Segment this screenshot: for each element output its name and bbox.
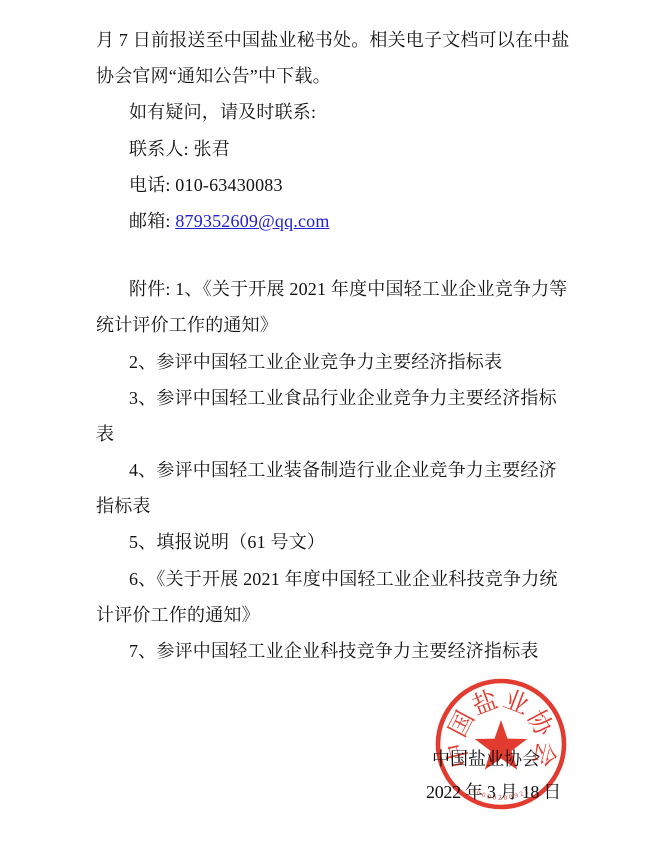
attachment-line: 3、参评中国轻工业食品行业企业竞争力主要经济指标 <box>96 380 661 416</box>
contact-phone-line: 电话: 010-63430083 <box>96 167 661 203</box>
text-line: 月 7 日前报送至中国盐业秘书处。相关电子文档可以在中盐 <box>96 22 661 58</box>
attachment-line: 指标表 <box>96 488 661 524</box>
attachment-line: 2、参评中国轻工业企业竞争力主要经济指标表 <box>96 344 661 380</box>
document-page: 月 7 日前报送至中国盐业秘书处。相关电子文档可以在中盐 协会官网“通知公告”中… <box>0 0 661 853</box>
text-line: 协会官网“通知公告”中下载。 <box>96 58 661 94</box>
body-text: 月 7 日前报送至中国盐业秘书处。相关电子文档可以在中盐 协会官网“通知公告”中… <box>96 22 661 669</box>
attachment-line: 统计评价工作的通知》 <box>96 307 661 343</box>
attachment-line: 表 <box>96 416 661 452</box>
email-label: 邮箱: <box>129 211 175 231</box>
contact-name-line: 联系人: 张君 <box>96 131 661 167</box>
text-line: 如有疑问，请及时联系: <box>96 94 661 130</box>
signature-date: 2022 年 3 月 18 日 <box>426 778 561 804</box>
email-link[interactable]: 879352609@qq.com <box>175 211 329 231</box>
attachment-line: 6、《关于开展 2021 年度中国轻工业企业科技竞争力统 <box>96 561 661 597</box>
blank-gap <box>96 239 661 271</box>
email-line: 邮箱: 879352609@qq.com <box>96 203 661 239</box>
attachment-line: 4、参评中国轻工业装备制造行业企业竞争力主要经济 <box>96 452 661 488</box>
signature-organization: 中国盐业协会 <box>432 745 540 771</box>
attachment-line: 附件: 1、《关于开展 2021 年度中国轻工业企业竞争力等 <box>96 271 661 307</box>
attachment-line: 计评价工作的通知》 <box>96 597 661 633</box>
attachment-line: 7、参评中国轻工业企业科技竞争力主要经济指标表 <box>96 633 661 669</box>
attachment-line: 5、填报说明（61 号文） <box>96 524 661 560</box>
